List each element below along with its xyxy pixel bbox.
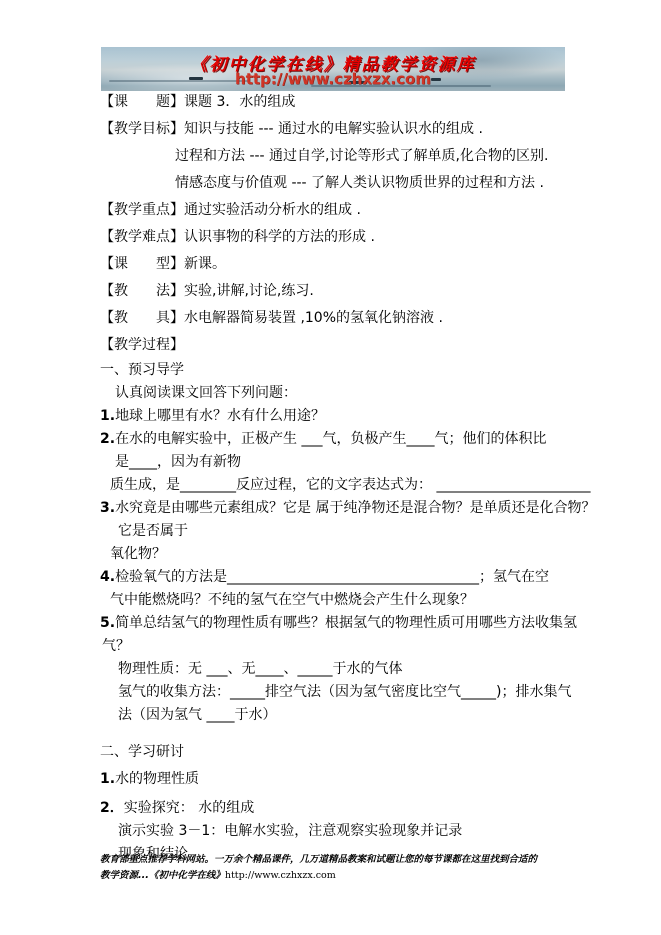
footer-line-2: 教学资源...《初中化学在线》http://www.czhxzx.com bbox=[100, 868, 572, 884]
study-item-1: 1.水的物理性质 bbox=[100, 768, 570, 791]
site-banner-image: 《初中化学在线》精品教学资源库 http://www.czhxzx.com bbox=[101, 47, 565, 91]
question-2-number: 2. bbox=[100, 431, 115, 447]
study-item-2-cont-1: 演示实验 3－1：电解水实验，注意观察实验现象并记录 bbox=[100, 820, 570, 843]
question-5: 5.简单总结氢气的物理性质有哪些？根据氢气的物理性质可用哪些方法收集氢 bbox=[100, 612, 570, 635]
document-page: 《初中化学在线》精品教学资源库 http://www.czhxzx.com 【课… bbox=[0, 0, 661, 935]
footer-line-1: 教育部重点推荐学科网站。一万余个精品课件，几万道精品教案和试题让您的每节课都在这… bbox=[100, 852, 572, 868]
study-item-1-text: 水的物理性质 bbox=[115, 771, 199, 787]
question-2-text: 在水的电解实验中，正极产生 ___气，负极产生____气；他们的体积比 bbox=[115, 431, 546, 447]
question-5-cont-1: 气？ bbox=[100, 635, 570, 658]
section-1-heading: 一、预习导学 bbox=[100, 359, 570, 382]
question-4-number: 4. bbox=[100, 569, 115, 585]
question-2-cont-2: 质生成，是________反应过程，它的文字表达式为： ____________… bbox=[100, 474, 570, 497]
question-1-number: 1. bbox=[100, 408, 115, 424]
question-5-cont-4: 法（因为氢气 ____于水） bbox=[100, 704, 570, 727]
line-lesson-title: 【课 题】课题 3．水的组成 bbox=[100, 89, 570, 116]
question-2-cont-1: 是____，因为有新物 bbox=[100, 451, 570, 474]
section-1-intro: 认真阅读课文回答下列问题： bbox=[100, 382, 570, 405]
question-3-number: 3. bbox=[100, 500, 115, 516]
line-teaching-difficulty: 【教学难点】认识事物的科学的方法的形成 . bbox=[100, 224, 570, 251]
footer-line-2-text: 教学资源...《初中化学在线》 bbox=[100, 870, 225, 881]
question-3-cont-1: 它是否属于 bbox=[100, 520, 570, 543]
line-goal-process: 过程和方法 --- 通过自学,讨论等形式了解单质,化合物的区别. bbox=[100, 143, 570, 170]
question-1: 1.地球上哪里有水？水有什么用途？ bbox=[100, 405, 570, 428]
footer-site-url: http://www.czhxzx.com bbox=[225, 870, 336, 881]
line-lesson-type: 【课 型】新课。 bbox=[100, 251, 570, 278]
study-item-1-number: 1. bbox=[100, 771, 115, 787]
study-item-2: 2．实验探究： 水的组成 bbox=[100, 797, 570, 820]
study-item-2-number: 2． bbox=[100, 800, 124, 816]
question-4-text: 检验氧气的方法是________________________________… bbox=[115, 569, 549, 585]
line-teaching-procedure: 【教学过程】 bbox=[100, 332, 570, 359]
question-1-text: 地球上哪里有水？水有什么用途？ bbox=[115, 408, 325, 424]
line-teaching-focus: 【教学重点】通过实验活动分析水的组成 . bbox=[100, 197, 570, 224]
banner-site-url: http://www.czhxzx.com bbox=[101, 70, 565, 88]
question-2: 2.在水的电解实验中，正极产生 ___气，负极产生____气；他们的体积比 bbox=[100, 428, 570, 451]
question-3-cont-2: 氧化物？ bbox=[100, 543, 570, 566]
line-teaching-tools: 【教 具】水电解器简易装置 ,10%的氢氧化钠溶液 . bbox=[100, 305, 570, 332]
study-item-2-text: 实验探究： 水的组成 bbox=[124, 800, 254, 816]
question-3-text: 水究竟是由哪些元素组成？它是 属于纯净物还是混合物？是单质还是化合物？ bbox=[115, 500, 595, 516]
line-teaching-goal: 【教学目标】知识与技能 --- 通过水的电解实验认识水的组成 . bbox=[100, 116, 570, 143]
question-5-number: 5. bbox=[100, 615, 115, 631]
document-body: 【课 题】课题 3．水的组成 【教学目标】知识与技能 --- 通过水的电解实验认… bbox=[100, 89, 570, 866]
question-5-cont-3: 氢气的收集方法：_____排空气法（因为氢气密度比空气_____)；排水集气 bbox=[100, 681, 570, 704]
question-4: 4.检验氧气的方法是______________________________… bbox=[100, 566, 570, 589]
section-2-heading: 二、学习研讨 bbox=[100, 741, 570, 764]
line-teaching-method: 【教 法】实验,讲解,讨论,练习. bbox=[100, 278, 570, 305]
question-5-cont-2: 物理性质：无 ___、无____、_____于水的气体 bbox=[100, 658, 570, 681]
question-4-cont-1: 气中能燃烧吗？不纯的氢气在空气中燃烧会产生什么现象？ bbox=[100, 589, 570, 612]
question-5-text: 简单总结氢气的物理性质有哪些？根据氢气的物理性质可用哪些方法收集氢 bbox=[115, 615, 577, 631]
line-goal-emotion: 情感态度与价值观 --- 了解人类认识物质世界的过程和方法 . bbox=[100, 170, 570, 197]
page-footer: 教育部重点推荐学科网站。一万余个精品课件，几万道精品教案和试题让您的每节课都在这… bbox=[100, 852, 572, 884]
question-3: 3.水究竟是由哪些元素组成？它是 属于纯净物还是混合物？是单质还是化合物？ bbox=[100, 497, 570, 520]
